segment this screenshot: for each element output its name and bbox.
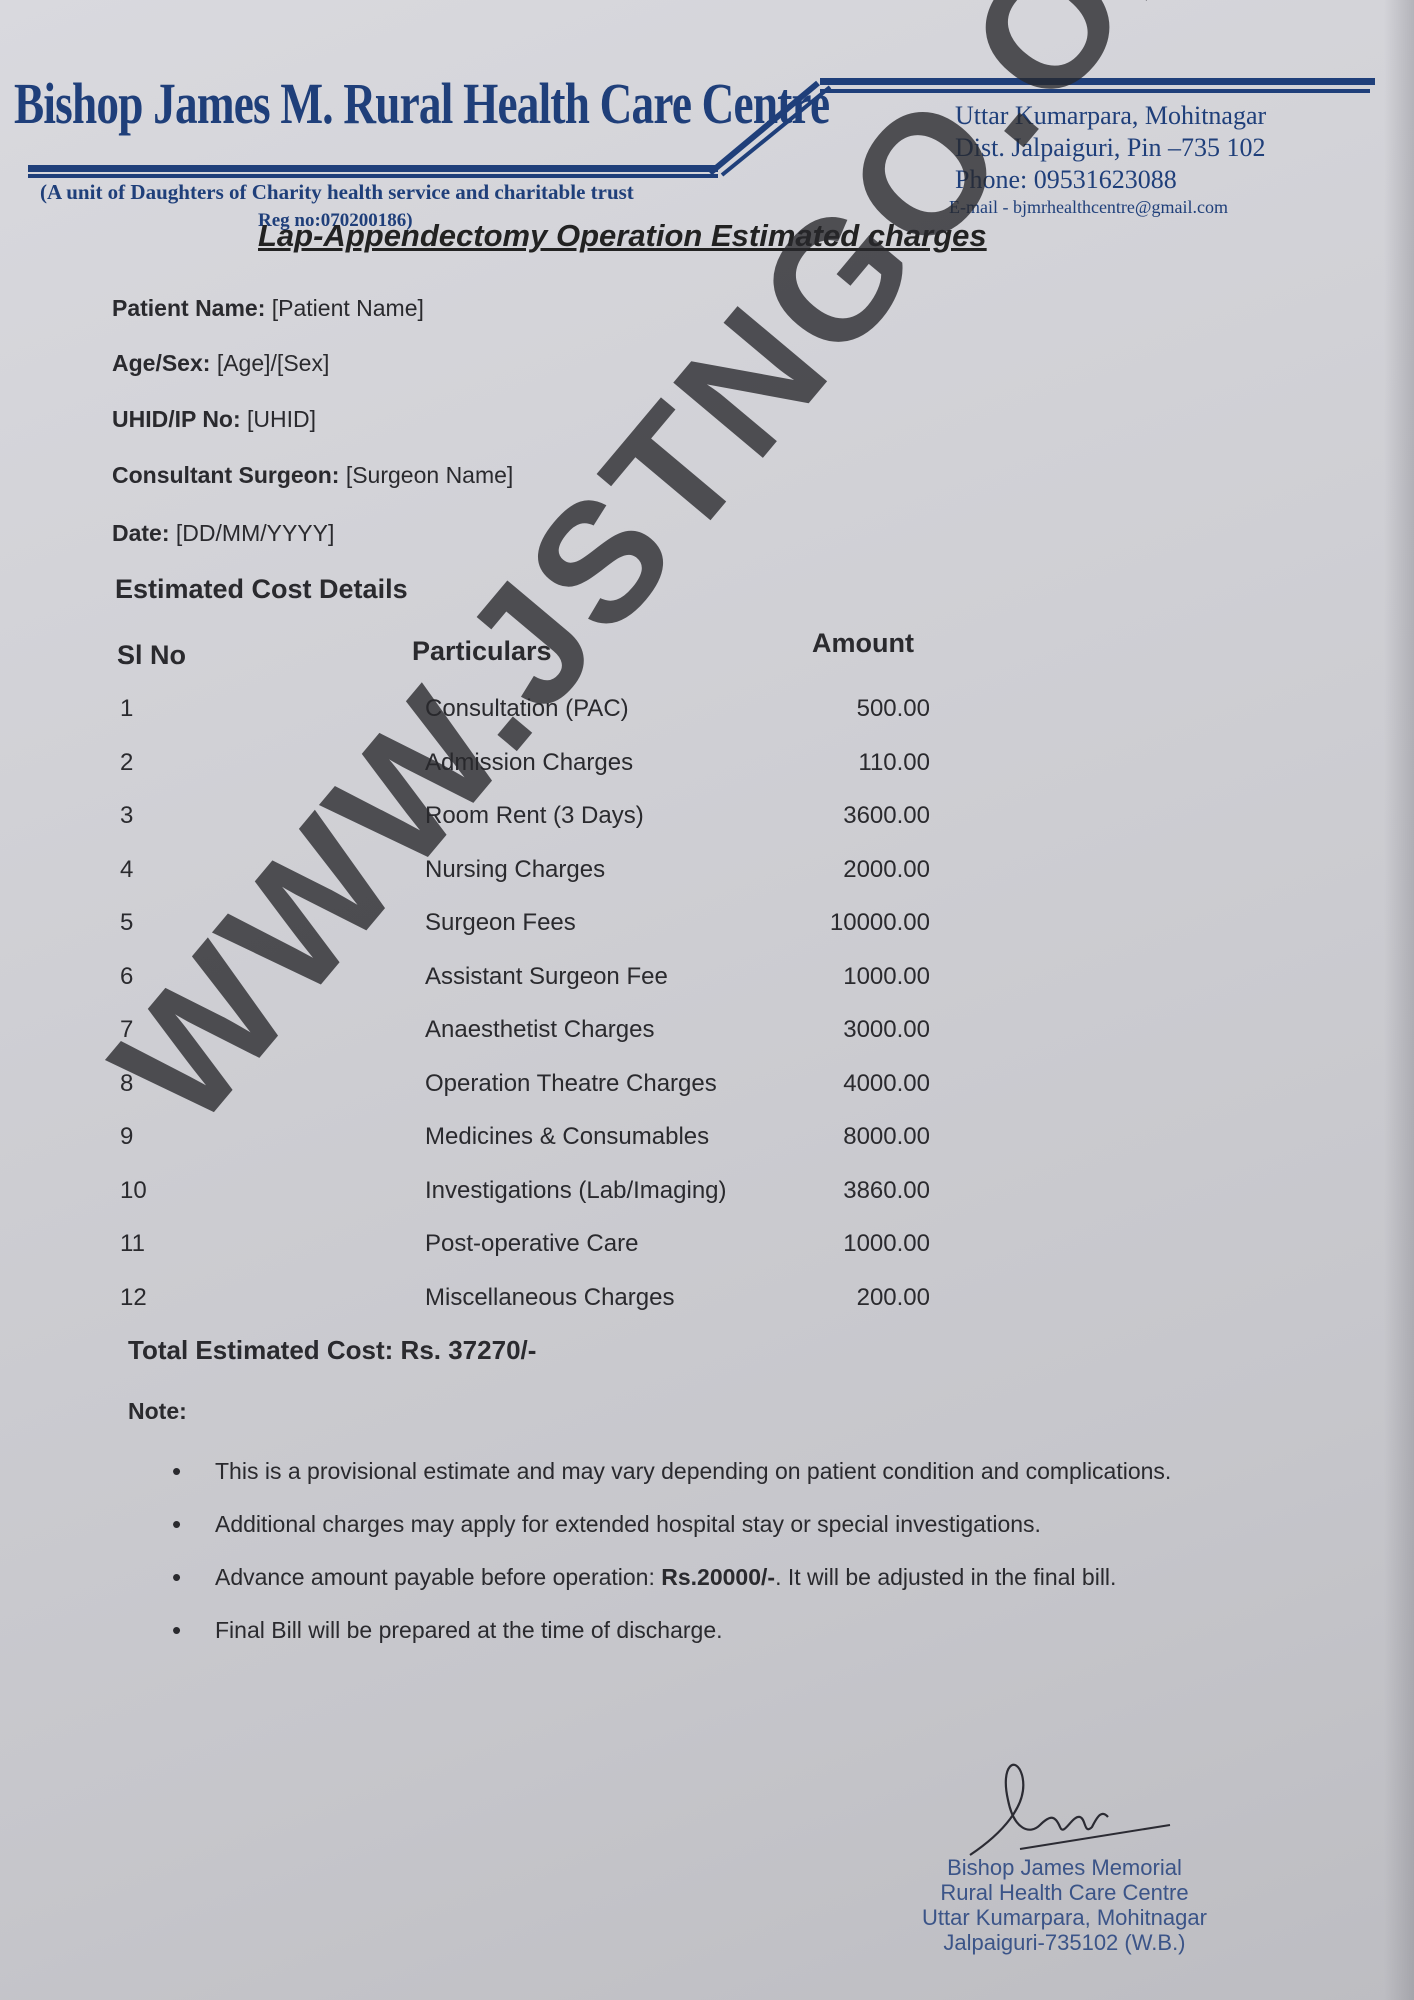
note-text: This is a provisional estimate and may v… — [215, 1458, 1171, 1484]
cost-row-particular: Post-operative Care — [425, 1230, 638, 1258]
letterhead-rule-left — [28, 165, 718, 172]
document-title: Lap-Appendectomy Operation Estimated cha… — [258, 218, 987, 254]
patient-uhid: UHID/IP No: [UHID] — [112, 406, 316, 433]
cost-row: 12Miscellaneous Charges200.00 — [0, 1284, 1000, 1324]
note-text: Additional charges may apply for extende… — [215, 1511, 1041, 1537]
patient-agesex-value: [Age]/[Sex] — [217, 350, 330, 376]
cost-section-title: Estimated Cost Details — [115, 574, 408, 605]
cost-row-particular: Medicines & Consumables — [425, 1123, 709, 1151]
cost-row-particular: Assistant Surgeon Fee — [425, 963, 668, 991]
consultant-surgeon-value: [Surgeon Name] — [346, 462, 513, 488]
patient-uhid-label: UHID/IP No: — [112, 406, 241, 432]
contact-phone: Phone: 09531623088 — [955, 164, 1266, 196]
patient-agesex: Age/Sex: [Age]/[Sex] — [112, 350, 329, 377]
paper-edge-shadow — [1384, 0, 1414, 2000]
cost-row-amount: 500.00 — [857, 695, 930, 723]
cost-row-amount: 3000.00 — [843, 1016, 930, 1044]
contact-email: E-mail - bjmrhealthcentre@gmail.com — [949, 196, 1266, 218]
contact-block: Uttar Kumarpara, Mohitnagar Dist. Jalpai… — [955, 100, 1266, 218]
patient-name-label: Patient Name: — [112, 295, 265, 321]
note-text: Final Bill will be prepared at the time … — [215, 1617, 723, 1643]
consultant-surgeon-label: Consultant Surgeon: — [112, 462, 339, 488]
column-header-particulars: Particulars — [412, 636, 552, 667]
cost-row: 1Consultation (PAC)500.00 — [0, 695, 1000, 735]
contact-address-line1: Uttar Kumarpara, Mohitnagar — [955, 100, 1266, 132]
note-text: Advance amount payable before operation: — [215, 1564, 661, 1590]
letterhead-rule-diagonal — [700, 75, 840, 180]
cost-row: 4Nursing Charges2000.00 — [0, 856, 1000, 896]
cost-row-amount: 3600.00 — [843, 802, 930, 830]
cost-row-sl-no: 5 — [120, 909, 133, 937]
cost-row: 5Surgeon Fees10000.00 — [0, 909, 1000, 949]
cost-row-amount: 8000.00 — [843, 1123, 930, 1151]
cost-row-sl-no: 12 — [120, 1284, 147, 1312]
cost-row: 9Medicines & Consumables8000.00 — [0, 1123, 1000, 1163]
stamp-line-4: Jalpaiguri-735102 (W.B.) — [922, 1930, 1207, 1955]
cost-row-sl-no: 11 — [120, 1230, 145, 1258]
cost-row-amount: 3860.00 — [843, 1177, 930, 1205]
cost-row-particular: Surgeon Fees — [425, 909, 576, 937]
cost-row-sl-no: 1 — [120, 695, 133, 723]
column-header-sl-no: Sl No — [117, 640, 186, 671]
cost-row: 2Admission Charges110.00 — [0, 749, 1000, 789]
note-item: Final Bill will be prepared at the time … — [172, 1604, 1202, 1657]
cost-row: 6Assistant Surgeon Fee1000.00 — [0, 963, 1000, 1003]
estimate-date-value: [DD/MM/YYYY] — [176, 520, 334, 546]
patient-name: Patient Name: [Patient Name] — [112, 295, 424, 322]
cost-row-sl-no: 3 — [120, 802, 133, 830]
notes-list: This is a provisional estimate and may v… — [172, 1445, 1202, 1657]
cost-row-sl-no: 7 — [120, 1016, 133, 1044]
cost-row-amount: 1000.00 — [843, 963, 930, 991]
institution-stamp: Bishop James Memorial Rural Health Care … — [922, 1855, 1207, 1955]
cost-row-particular: Investigations (Lab/Imaging) — [425, 1177, 727, 1205]
note-text-continued: . It will be adjusted in the final bill. — [775, 1564, 1116, 1590]
cost-row-amount: 110.00 — [858, 749, 930, 777]
cost-row-particular: Operation Theatre Charges — [425, 1070, 717, 1098]
contact-address-line2: Dist. Jalpaiguri, Pin –735 102 — [955, 132, 1266, 164]
note-label: Note: — [128, 1398, 187, 1425]
consultant-surgeon: Consultant Surgeon: [Surgeon Name] — [112, 462, 513, 489]
cost-row: 7Anaesthetist Charges3000.00 — [0, 1016, 1000, 1056]
cost-row-particular: Nursing Charges — [425, 856, 605, 884]
stamp-line-1: Bishop James Memorial — [922, 1855, 1207, 1880]
cost-row: 8Operation Theatre Charges4000.00 — [0, 1070, 1000, 1110]
cost-row-amount: 2000.00 — [843, 856, 930, 884]
letterhead-rule-right — [820, 78, 1375, 85]
cost-row: 3Room Rent (3 Days)3600.00 — [0, 802, 1000, 842]
cost-row-particular: Room Rent (3 Days) — [425, 802, 644, 830]
cost-row-sl-no: 2 — [120, 749, 133, 777]
cost-row-sl-no: 4 — [120, 856, 133, 884]
cost-row-amount: 4000.00 — [843, 1070, 930, 1098]
patient-uhid-value: [UHID] — [247, 406, 316, 432]
column-header-amount: Amount — [812, 628, 914, 659]
cost-row-sl-no: 6 — [120, 963, 133, 991]
cost-row-particular: Miscellaneous Charges — [425, 1284, 674, 1312]
stamp-line-3: Uttar Kumarpara, Mohitnagar — [922, 1905, 1207, 1930]
patient-name-value: [Patient Name] — [272, 295, 424, 321]
cost-row-particular: Consultation (PAC) — [425, 695, 629, 723]
patient-agesex-label: Age/Sex: — [112, 350, 210, 376]
cost-row-particular: Anaesthetist Charges — [425, 1016, 654, 1044]
signature-scribble — [960, 1755, 1180, 1865]
cost-row-amount: 200.00 — [857, 1284, 930, 1312]
note-emphasis: Rs.20000/- — [661, 1564, 775, 1590]
cost-row-particular: Admission Charges — [425, 749, 633, 777]
note-item: Additional charges may apply for extende… — [172, 1498, 1202, 1551]
cost-row-sl-no: 8 — [120, 1070, 133, 1098]
estimate-date-label: Date: — [112, 520, 170, 546]
note-item: Advance amount payable before operation:… — [172, 1551, 1202, 1604]
letterhead-rule-left-inner — [28, 174, 718, 178]
cost-row-amount: 10000.00 — [830, 909, 930, 937]
cost-row-sl-no: 10 — [120, 1177, 147, 1205]
cost-row-amount: 1000.00 — [843, 1230, 930, 1258]
cost-row: 10Investigations (Lab/Imaging)3860.00 — [0, 1177, 1000, 1217]
cost-row: 11Post-operative Care1000.00 — [0, 1230, 1000, 1270]
stamp-line-2: Rural Health Care Centre — [922, 1880, 1207, 1905]
org-subtitle: (A unit of Daughters of Charity health s… — [40, 180, 634, 205]
total-estimated-cost: Total Estimated Cost: Rs. 37270/- — [128, 1335, 536, 1366]
note-item: This is a provisional estimate and may v… — [172, 1445, 1202, 1498]
cost-row-sl-no: 9 — [120, 1123, 133, 1151]
letterhead-rule-right-inner — [820, 89, 1370, 93]
estimate-date: Date: [DD/MM/YYYY] — [112, 520, 334, 547]
